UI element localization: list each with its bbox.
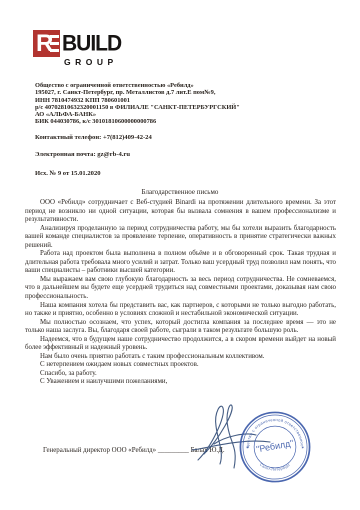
company-inn-kpp: ИНН 7810474932 КПП 780601001 <box>35 97 340 104</box>
contact-phone: Контактный телефон: +7(812)409-42-24 <box>35 134 152 141</box>
paragraph: Мы полностью осознаем, что успех, которы… <box>25 319 336 336</box>
stamp-center-text: "Ребилд" <box>255 438 294 454</box>
paragraph: Надеемся, что в будущем наше сотрудничес… <box>25 336 336 353</box>
paragraph: Наша компания хотела бы представить вас,… <box>25 302 336 319</box>
company-name: Общество с ограниченной ответственностью… <box>35 82 340 89</box>
logo-stripes-icon <box>50 35 59 52</box>
paragraph: Мы выражаем вам свою глубокую благодарно… <box>25 276 336 302</box>
signature-line: _________ <box>158 447 189 454</box>
paragraph: С Уважением и наилучшими пожеланиями, <box>25 378 336 387</box>
stamp-rim-bottom-text: Санкт-Петербург <box>259 462 292 471</box>
outgoing-ref-number: Исх. № 9 от 15.01.2020 <box>35 170 101 177</box>
logo-build-text: BUILD <box>62 32 121 54</box>
letter-page: R BUILD GROUP Общество с ограниченной от… <box>0 0 360 510</box>
company-round-stamp: Общество с ограниченной ответственностью… <box>239 411 311 483</box>
director-position: Генеральный директор ООО «Ребилд» <box>43 447 156 454</box>
letter-title: Благодарственное письмо <box>0 188 360 196</box>
company-bank: АО «АЛЬФА-БАНК» <box>35 111 340 118</box>
letter-body: ООО «Ребилд» сотрудничает с Веб-студией … <box>25 199 336 387</box>
company-bik: БИК 044030786, к/с 30101810600000000786 <box>35 118 340 125</box>
paragraph: С нетерпением ожидаем новых совместных п… <box>25 361 336 370</box>
stamp-star-left-icon: ✶ <box>245 445 249 450</box>
logo-red-square-icon: R <box>33 30 60 57</box>
paragraph: Анализируя проделанную за период сотрудн… <box>25 225 336 251</box>
director-name: Балах Ю.Д. <box>191 447 225 454</box>
logo-row: R BUILD <box>33 30 153 57</box>
company-requisites: Общество с ограниченной ответственностью… <box>35 82 340 126</box>
rebuild-group-logo: R BUILD GROUP <box>33 30 153 67</box>
contact-email: Электронная почта: gz@rb-4.ru <box>35 151 130 158</box>
company-address: 195027, г. Санкт-Петербург, пр. Металлис… <box>35 89 340 96</box>
company-account: р/с 40702810632320001150 в ФИЛИАЛЕ "САНК… <box>35 104 340 111</box>
logo-group-text: GROUP <box>64 57 153 67</box>
paragraph: ООО «Ребилд» сотрудничает с Веб-студией … <box>25 199 336 225</box>
stamp-star-right-icon: ✶ <box>301 445 305 450</box>
director-sign-row: Генеральный директор ООО «Ребилд» ______… <box>43 447 225 454</box>
svg-text:Санкт-Петербург: Санкт-Петербург <box>259 462 292 471</box>
paragraph: Работа над проектом была выполнена в пол… <box>25 250 336 276</box>
paragraph: Спасибо, за работу. <box>25 370 336 379</box>
paragraph: Нам было очень приятно работать с таким … <box>25 353 336 362</box>
